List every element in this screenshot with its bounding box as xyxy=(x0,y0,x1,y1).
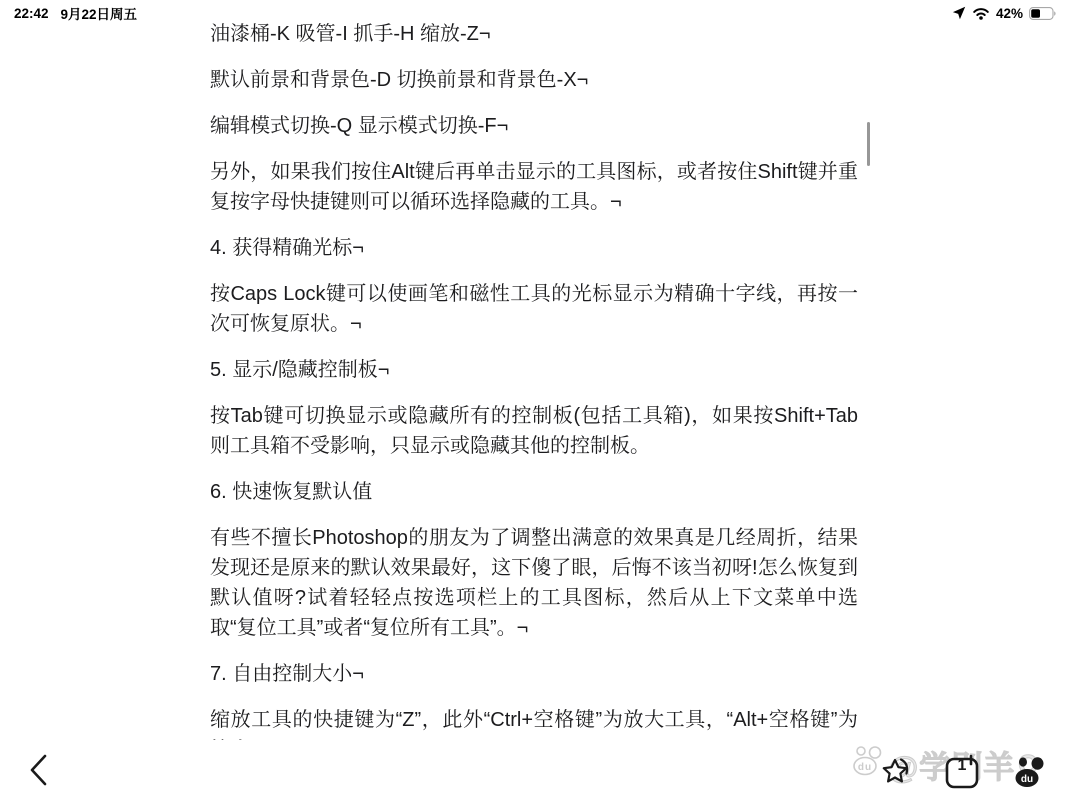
svg-text:du: du xyxy=(858,762,872,773)
paw-icon: du xyxy=(1012,781,1052,796)
scrollbar-thumb[interactable] xyxy=(867,122,870,166)
doc-section-heading: 4. 获得精确光标¬ xyxy=(210,233,858,263)
document-page: 油漆桶-K 吸管-I 抓手-H 缩放-Z¬ 默认前景和背景色-D 切换前景和背景… xyxy=(210,19,858,781)
doc-section-heading: 6. 快速恢复默认值 xyxy=(210,477,858,507)
date: 9月22日周五 xyxy=(61,3,138,23)
doc-paragraph: 按Tab键可切换显示或隐藏所有的控制板(包括工具箱)，如果按Shift+Tab则… xyxy=(210,401,858,461)
bottom-toolbar: du @学别羊 C 1 du xyxy=(0,740,1067,800)
star-swoosh-icon xyxy=(878,780,916,795)
battery-percent: 42% xyxy=(996,6,1023,21)
page-count-value: 1 xyxy=(944,757,980,775)
doc-paragraph: 另外，如果我们按住Alt键后再单击显示的工具图标，或者按住Shift键并重复按字… xyxy=(210,157,858,217)
battery-icon xyxy=(1029,7,1057,20)
doc-section-heading: 5. 显示/隐藏控制板¬ xyxy=(210,355,858,385)
back-button[interactable] xyxy=(22,752,56,790)
doc-paragraph: 油漆桶-K 吸管-I 抓手-H 缩放-Z¬ xyxy=(210,19,858,49)
brand-paw-button[interactable]: du xyxy=(1012,753,1052,793)
doc-section-heading: 7. 自由控制大小¬ xyxy=(210,659,858,689)
chevron-left-icon xyxy=(29,754,49,789)
favorite-star-button[interactable] xyxy=(878,754,916,792)
doc-paragraph: 按Caps Lock键可以使画笔和磁性工具的光标显示为精确十字线，再按一次可恢复… xyxy=(210,279,858,339)
doc-paragraph: 有些不擅长Photoshop的朋友为了调整出满意的效果真是几经周折，结果发现还是… xyxy=(210,523,858,643)
doc-paragraph: 默认前景和背景色-D 切换前景和背景色-X¬ xyxy=(210,65,858,95)
svg-text:du: du xyxy=(1021,774,1033,785)
status-right: 42% xyxy=(952,6,1057,21)
status-left: 22:42 9月22日周五 xyxy=(14,3,137,23)
page-badge-icon xyxy=(944,781,986,796)
wifi-icon xyxy=(972,7,990,20)
doc-paragraph: 编辑模式切换-Q 显示模式切换-F¬ xyxy=(210,111,858,141)
page-count-button[interactable]: 1 xyxy=(944,753,986,793)
clock: 22:42 xyxy=(14,6,49,21)
location-arrow-icon xyxy=(952,6,966,20)
